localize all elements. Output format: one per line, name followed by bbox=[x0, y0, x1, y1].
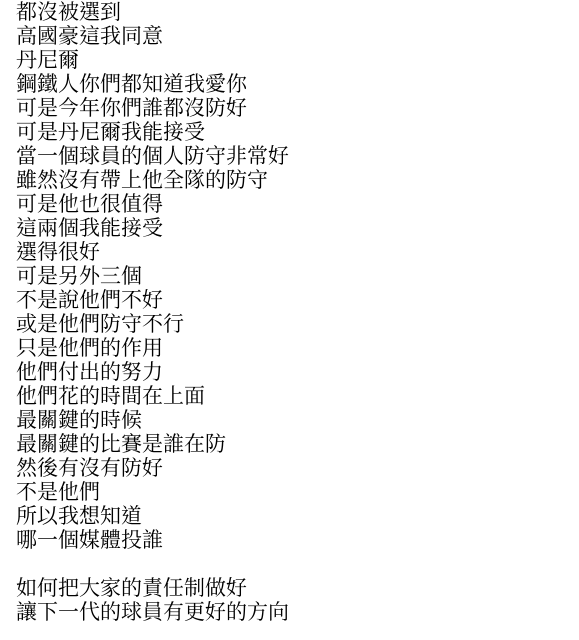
text-lines: 都沒被選到高國豪這我同意丹尼爾鋼鐵人你們都知道我愛你可是今年你們誰都沒防好可是丹… bbox=[16, 1, 569, 625]
text-line: 或是他們防守不行 bbox=[16, 313, 569, 337]
text-line: 鋼鐵人你們都知道我愛你 bbox=[16, 73, 569, 97]
text-line: 讓下一代的球員有更好的方向 bbox=[16, 601, 569, 625]
text-line: 他們付出的努力 bbox=[16, 361, 569, 385]
text-line: 最關鍵的比賽是誰在防 bbox=[16, 433, 569, 457]
text-line: 雖然沒有帶上他全隊的防守 bbox=[16, 169, 569, 193]
text-line: 可是今年你們誰都沒防好 bbox=[16, 97, 569, 121]
text-line: 可是另外三個 bbox=[16, 265, 569, 289]
text-line: 這兩個我能接受 bbox=[16, 217, 569, 241]
text-line: 如何把大家的責任制做好 bbox=[16, 577, 569, 601]
text-line: 選得很好 bbox=[16, 241, 569, 265]
text-line: 可是他也很值得 bbox=[16, 193, 569, 217]
text-line: 只是他們的作用 bbox=[16, 337, 569, 361]
text-line: 當一個球員的個人防守非常好 bbox=[16, 145, 569, 169]
text-line: 不是他們 bbox=[16, 481, 569, 505]
text-line: 可是丹尼爾我能接受 bbox=[16, 121, 569, 145]
text-line bbox=[16, 553, 569, 577]
text-line: 丹尼爾 bbox=[16, 49, 569, 73]
text-line: 不是說他們不好 bbox=[16, 289, 569, 313]
text-line: 所以我想知道 bbox=[16, 505, 569, 529]
text-line: 最關鍵的時候 bbox=[16, 409, 569, 433]
text-line: 然後有沒有防好 bbox=[16, 457, 569, 481]
text-line: 高國豪這我同意 bbox=[16, 25, 569, 49]
text-document: 都沒被選到高國豪這我同意丹尼爾鋼鐵人你們都知道我愛你可是今年你們誰都沒防好可是丹… bbox=[0, 0, 579, 640]
text-line: 他們花的時間在上面 bbox=[16, 385, 569, 409]
text-line: 哪一個媒體投誰 bbox=[16, 529, 569, 553]
text-line: 都沒被選到 bbox=[16, 1, 569, 25]
